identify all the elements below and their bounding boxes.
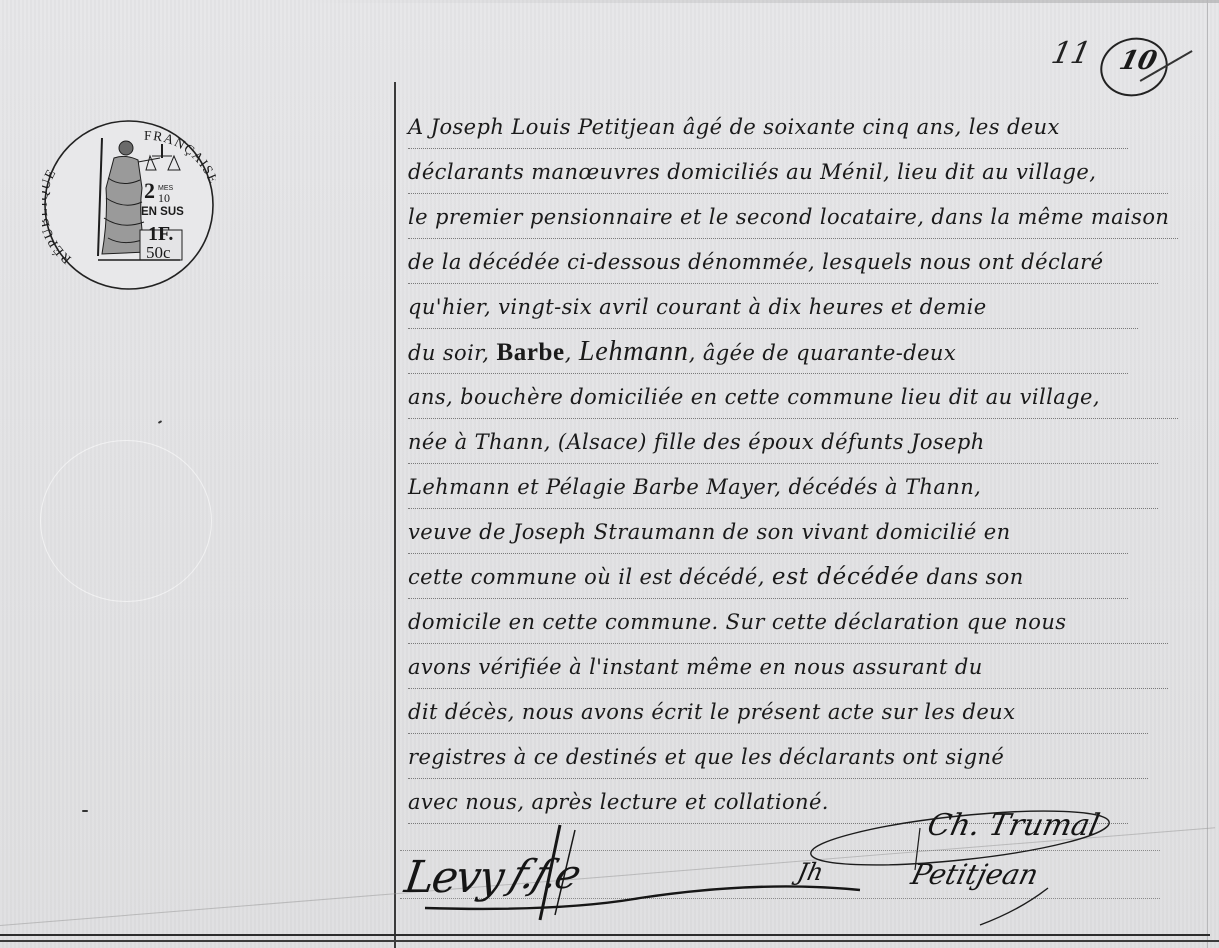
fiscal-stamp: RÉPUBLIQUE FRANÇAISE [42, 118, 216, 292]
stamp-value-decimes: 2 [144, 178, 155, 203]
marianne-justice-stamp-icon: RÉPUBLIQUE FRANÇAISE [42, 118, 216, 292]
deceased-surname: Lehmann [579, 336, 689, 367]
faded-seal-impression [40, 440, 212, 602]
record-line: A Joseph Louis Petitjean âgé de soixante… [408, 108, 1128, 149]
record-line-deceased-name: du soir, Barbe, Lehmann, âgée de quarant… [408, 333, 1128, 374]
record-line: le premier pensionnaire et le second loc… [408, 198, 1178, 239]
right-margin-rule [1207, 0, 1208, 948]
signature-declarant-1: Ch. Trumal [924, 808, 1102, 843]
stamp-en-sus: EN SUS [141, 206, 184, 218]
bottom-double-rule-top [0, 934, 1210, 936]
record-line: domicile en cette commune. Sur cette déc… [408, 603, 1168, 644]
record-line: de la décédée ci-dessous dénommée, lesqu… [408, 243, 1158, 284]
record-line: cette commune où il est décédé, est décé… [408, 558, 1128, 599]
record-line: dit décès, nous avons écrit le présent a… [408, 693, 1148, 734]
signature-guide-line [400, 849, 1160, 851]
record-line: registres à ce destinés et que les décla… [408, 738, 1148, 779]
bottom-double-rule-bottom [0, 940, 1219, 942]
record-line: qu'hier, vingt-six avril courant à dix h… [408, 288, 1138, 329]
deceased-first-name: Barbe [496, 339, 564, 366]
record-line: avons vérifiée à l'instant même en nous … [408, 648, 1168, 689]
page-top-edge [300, 0, 1219, 3]
margin-rule [394, 82, 396, 948]
ink-speck [158, 420, 162, 424]
ink-speck [82, 810, 88, 812]
signature-declarant-2: Petitjean [908, 858, 1042, 891]
record-line: ans, bouchère domiciliée en cette commun… [408, 378, 1178, 419]
record-line: Lehmann et Pélagie Barbe Mayer, décédés … [408, 468, 1158, 509]
signature-mayor: Levy [401, 852, 505, 903]
document-page: RÉPUBLIQUE FRANÇAISE [0, 0, 1219, 948]
stamp-value-centimes: 50c [146, 243, 171, 262]
svg-text:10: 10 [158, 191, 170, 205]
record-line: née à Thann, (Alsace) fille des époux dé… [408, 423, 1158, 464]
record-line: déclarants manœuvres domiciliés au Ménil… [408, 153, 1168, 194]
stamp-value-francs: 1F. [148, 223, 173, 245]
signature-mayor-mark: f.f.e [505, 852, 586, 898]
folio-number: 11 [1048, 36, 1094, 71]
record-line: veuve de Joseph Straumann de son vivant … [408, 513, 1128, 554]
signature-declarant-2-prefix: Jh [795, 858, 826, 886]
